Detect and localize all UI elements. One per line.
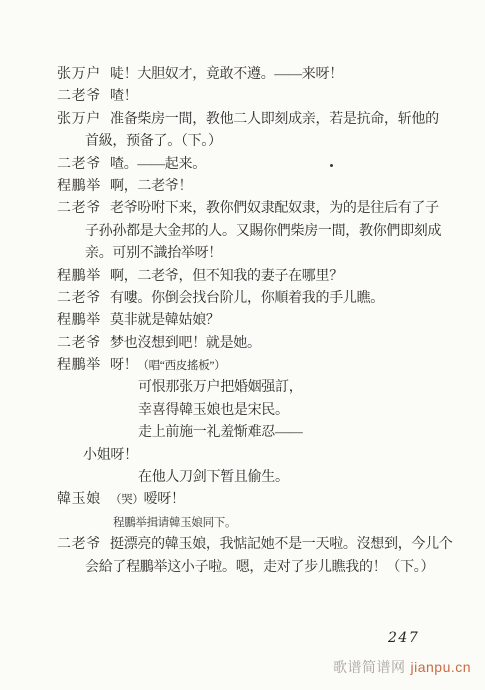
script-line: 程鵬举揖请韓玉娘同下。 bbox=[57, 512, 447, 534]
script-line: 二老爷喳。——起来。 bbox=[57, 154, 447, 176]
script-line: 二老爷有嘍。你倒会找台阶儿，你順着我的手儿瞧。 bbox=[57, 288, 447, 310]
line-text: 有嘍。你倒会找台阶儿，你順着我的手儿瞧。 bbox=[110, 291, 384, 306]
script-line: 二老爷老爷吩咐下来，教你們奴隶配奴隶，为的是往后有了子 bbox=[57, 198, 447, 220]
line-text: 嗳呀！ bbox=[144, 492, 185, 507]
script-line: 程鵬举呀！（唱“西皮搖板”） bbox=[57, 355, 447, 377]
line-text: 啊，二老爷！ bbox=[110, 179, 192, 194]
line-text: 幸喜得韓玉娘也是宋民。 bbox=[138, 403, 289, 418]
stage-note-inline: （哭） bbox=[110, 494, 144, 506]
line-text: 喳。——起来。 bbox=[110, 157, 206, 172]
script-line: 程鵬举啊，二老爷，但不知我的妻子在哪里？ bbox=[57, 266, 447, 288]
script-line: 程鵬举啊，二老爷！ bbox=[57, 176, 447, 198]
script-line: 小姐呀！ bbox=[57, 445, 447, 467]
line-text: 程鵬举揖请韓玉娘同下。 bbox=[113, 517, 236, 529]
script-line: 会給了程鵬举这小子啦。嗯，走对了步儿瞧我的！（下。） bbox=[57, 557, 447, 579]
speaker-name: 二老爷 bbox=[57, 154, 110, 176]
watermark: 歌谱简谱网jianpu.cn bbox=[333, 657, 471, 677]
speaker-name: 二老爷 bbox=[57, 534, 110, 556]
speaker-name: 程鵬举 bbox=[57, 266, 110, 288]
ink-dot bbox=[330, 164, 333, 167]
speaker-name: 韓玉娘 bbox=[57, 489, 110, 511]
script-line: 二老爷喳！ bbox=[57, 86, 447, 108]
speaker-name: 二老爷 bbox=[57, 288, 110, 310]
script-line: 亲。可别不識抬举呀！ bbox=[57, 243, 447, 265]
line-text: 会給了程鵬举这小子啦。嗯，走对了步儿瞧我的！（下。） bbox=[85, 560, 434, 575]
line-text: 小姐呀！ bbox=[83, 448, 138, 463]
script-line: 走上前施一礼羞惭难忍—— bbox=[57, 422, 447, 444]
line-text: 老爷吩咐下来，教你們奴隶配奴隶，为的是往后有了子 bbox=[110, 201, 439, 216]
script-line: 程鵬举莫非就是韓姑娘？ bbox=[57, 310, 447, 332]
speaker-name: 张万户 bbox=[57, 64, 110, 86]
speaker-name: 二老爷 bbox=[57, 86, 110, 108]
line-text: 梦也沒想到吧！就是她。 bbox=[110, 336, 261, 351]
line-text: 准备柴房一間，教他二人即刻成亲，若是抗命，斩他的 bbox=[110, 112, 439, 127]
script-line: 张万户准备柴房一間，教他二人即刻成亲，若是抗命，斩他的 bbox=[57, 109, 447, 131]
line-text: 唗！大胆奴才，竟敢不遵。——来呀！ bbox=[110, 67, 343, 82]
book-page: 张万户唗！大胆奴才，竟敢不遵。——来呀！二老爷喳！张万户准备柴房一間，教他二人即… bbox=[0, 0, 485, 690]
speaker-name: 程鵬举 bbox=[57, 310, 110, 332]
script-line: 首級，预备了。（下。） bbox=[57, 131, 447, 153]
line-text: 亲。可别不識抬举呀！ bbox=[85, 246, 222, 261]
script-line: 韓玉娘（哭）嗳呀！ bbox=[57, 489, 447, 511]
script-line: 幸喜得韓玉娘也是宋民。 bbox=[57, 400, 447, 422]
speaker-name: 张万户 bbox=[57, 109, 110, 131]
script-text-block: 张万户唗！大胆奴才，竟敢不遵。——来呀！二老爷喳！张万户准备柴房一間，教他二人即… bbox=[57, 64, 447, 579]
line-text: 在他人刀剑下暂且偷生。 bbox=[138, 470, 289, 485]
line-text: 喳！ bbox=[110, 89, 137, 104]
line-text: 呀！ bbox=[110, 358, 137, 373]
script-line: 子孙孙都是大金邦的人。又賜你們柴房一間，教你們即刻成 bbox=[57, 221, 447, 243]
watermark-site-name: 歌谱简谱网 bbox=[333, 659, 406, 675]
line-text: 挺漂亮的韓玉娘，我惦記她不是一天啦。沒想到，今儿个 bbox=[110, 537, 453, 552]
line-text: 啊，二老爷，但不知我的妻子在哪里？ bbox=[110, 269, 343, 284]
script-line: 张万户唗！大胆奴才，竟敢不遵。——来呀！ bbox=[57, 64, 447, 86]
speaker-name: 二老爷 bbox=[57, 333, 110, 355]
watermark-site-url: jianpu.cn bbox=[411, 659, 472, 675]
line-text: 可恨那张万户把婚姻强訂， bbox=[138, 380, 302, 395]
line-text: 子孙孙都是大金邦的人。又賜你們柴房一間，教你們即刻成 bbox=[85, 224, 441, 239]
script-line: 二老爷梦也沒想到吧！就是她。 bbox=[57, 333, 447, 355]
line-text: 走上前施一礼羞惭难忍—— bbox=[138, 425, 302, 440]
script-line: 可恨那张万户把婚姻强訂， bbox=[57, 377, 447, 399]
speaker-name: 二老爷 bbox=[57, 198, 110, 220]
stage-note-inline: （唱“西皮搖板”） bbox=[137, 360, 225, 372]
line-text: 首級，预备了。（下。） bbox=[85, 134, 222, 149]
line-text: 莫非就是韓姑娘？ bbox=[110, 313, 220, 328]
script-line: 二老爷挺漂亮的韓玉娘，我惦記她不是一天啦。沒想到，今儿个 bbox=[57, 534, 447, 556]
script-line: 在他人刀剑下暂且偷生。 bbox=[57, 467, 447, 489]
speaker-name: 程鵬举 bbox=[57, 355, 110, 377]
speaker-name: 程鵬举 bbox=[57, 176, 110, 198]
page-number: 247 bbox=[388, 630, 419, 646]
